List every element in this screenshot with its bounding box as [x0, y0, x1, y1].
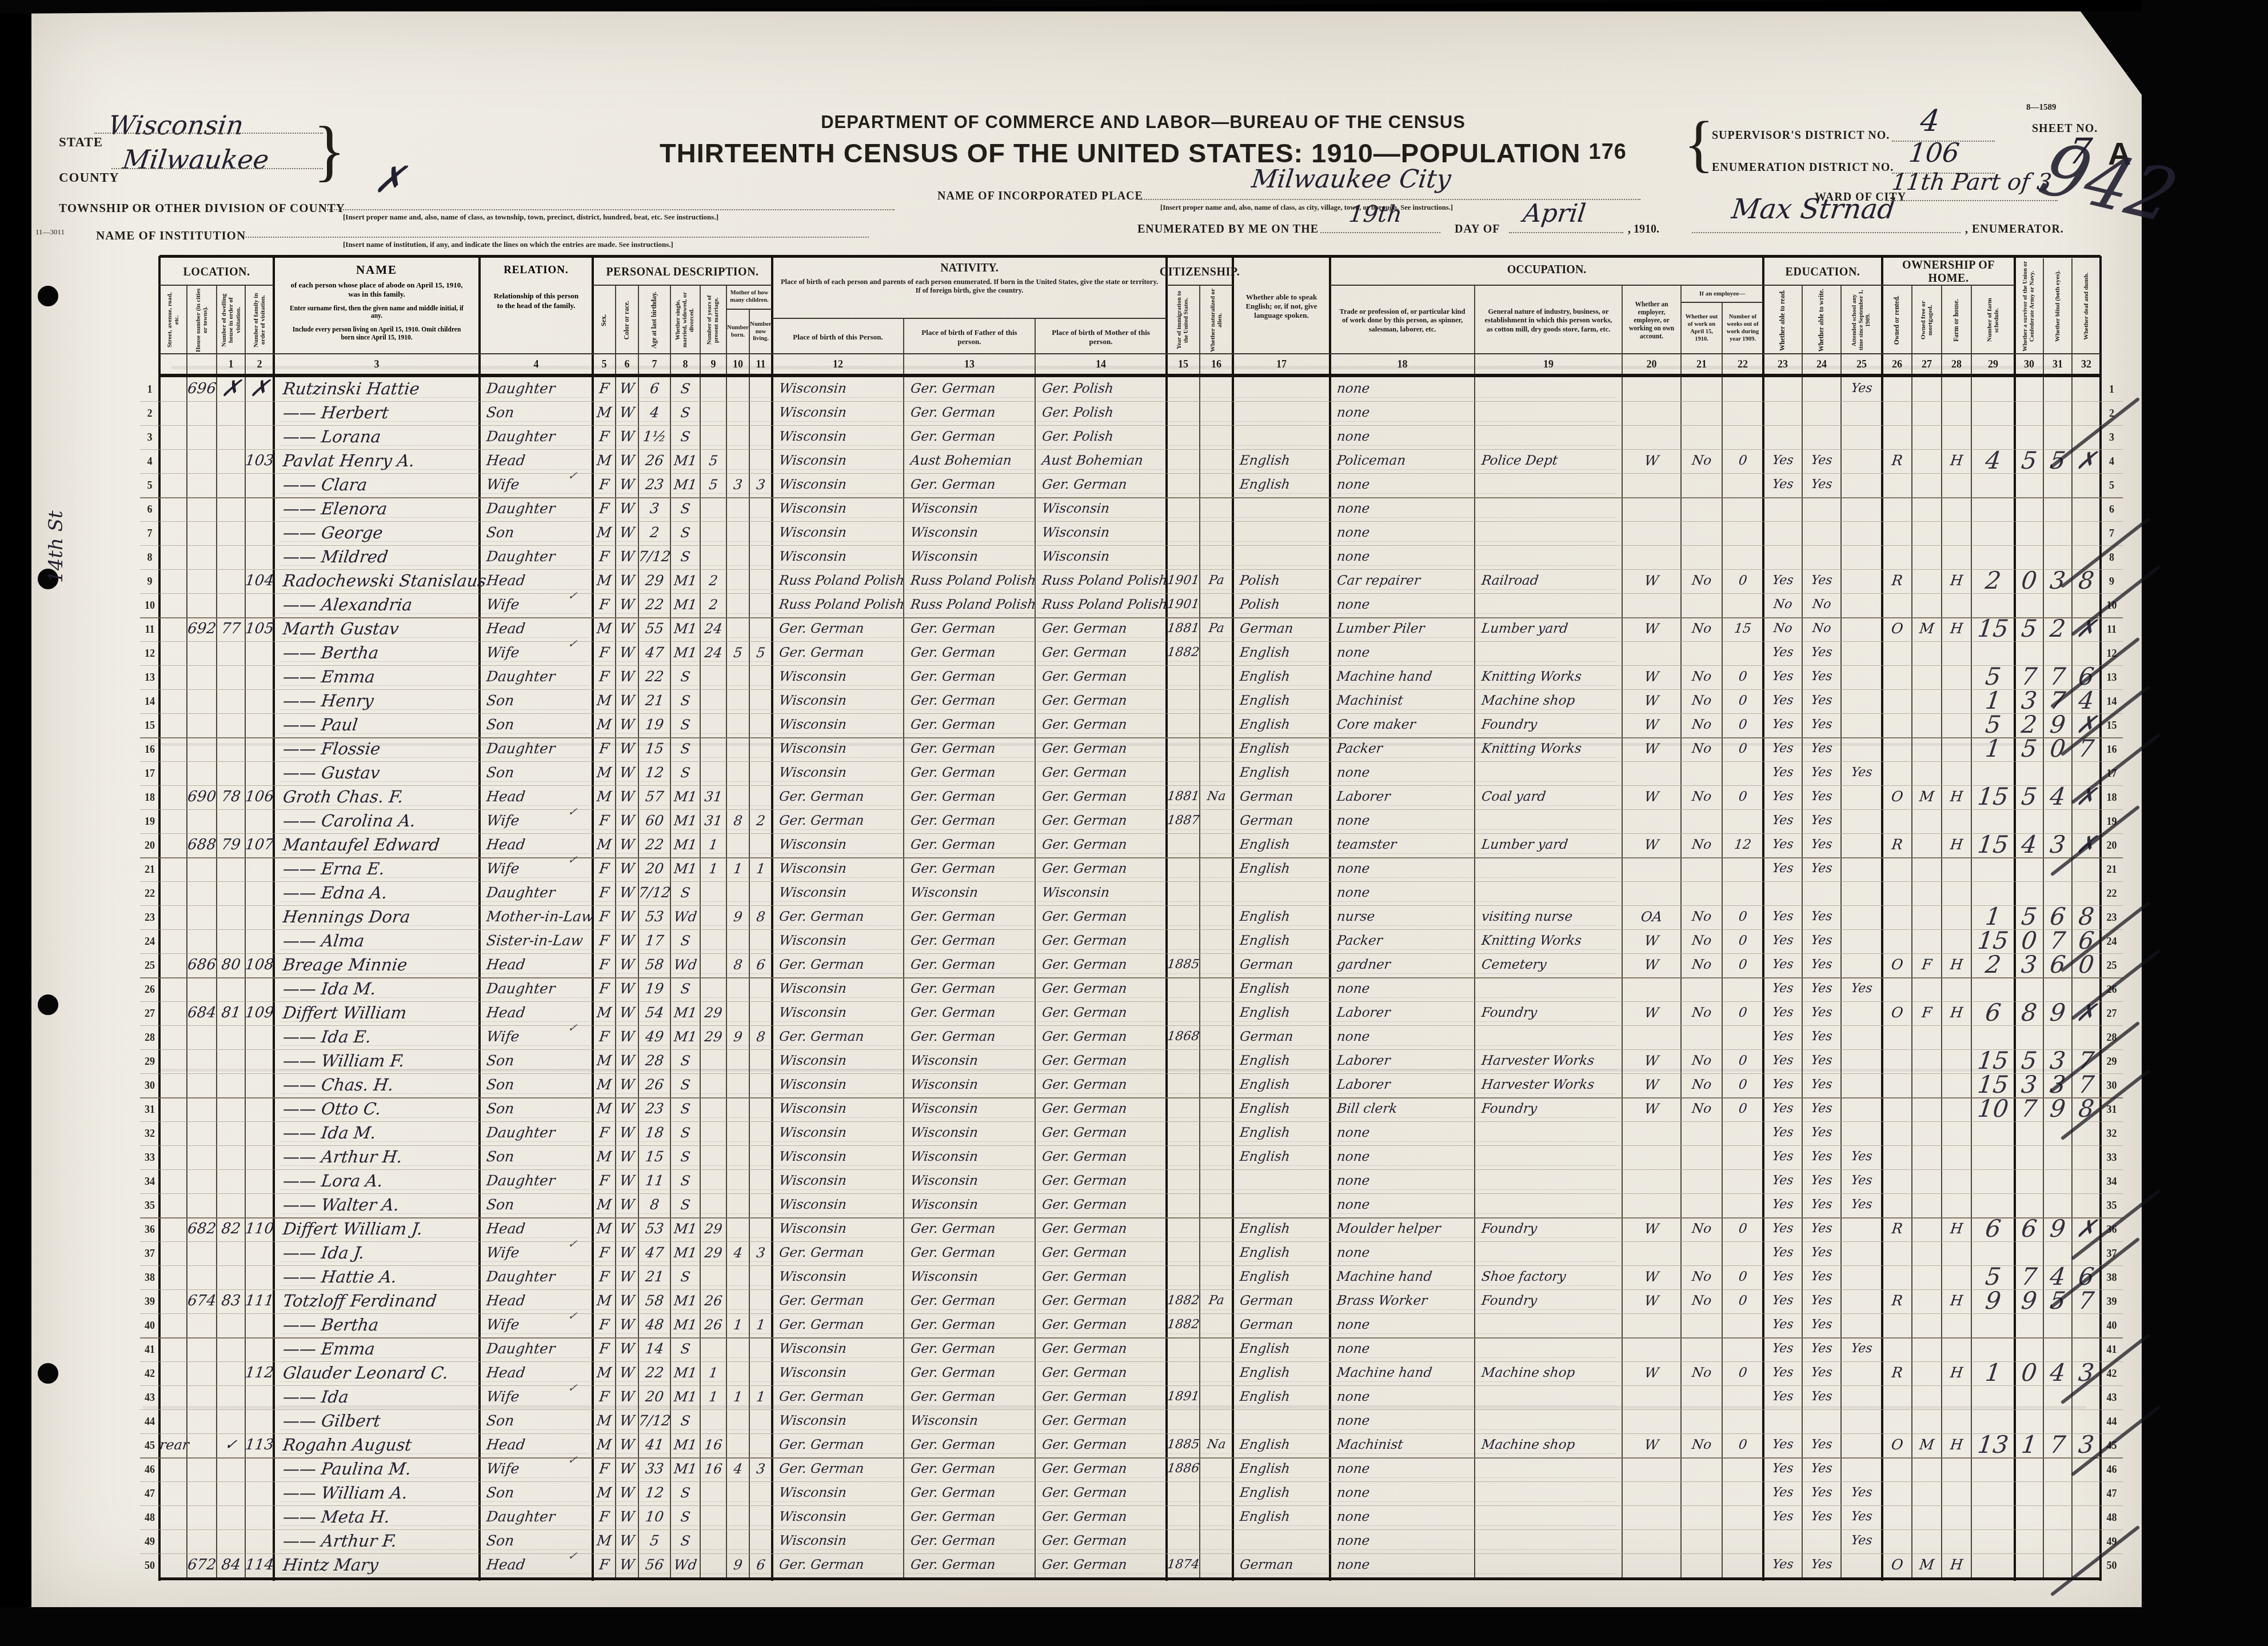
enumerator-line	[1692, 232, 1960, 233]
cell-r37-ag: 47	[637, 1240, 672, 1267]
colnum-dw: 1	[217, 354, 245, 374]
cell-r16-ow: No	[1679, 736, 1724, 762]
cell-r4-bf: Aust Bohemian	[909, 448, 1035, 474]
cell-r48-rl: Daughter	[485, 1504, 592, 1531]
cell-r9-fn: 104	[243, 568, 275, 594]
cell-r33-ms: S	[669, 1144, 702, 1170]
cell-r27-hn: 684	[185, 1000, 218, 1026]
cell-r1-bf: Ger. German	[909, 376, 1035, 402]
cell-r28-relmark: ✓	[566, 1021, 592, 1038]
cell-r12-ln: English	[1238, 640, 1329, 666]
cell-r5-sx: F	[591, 472, 617, 498]
cell-r16-wr: Yes	[1800, 736, 1843, 762]
cell-r46-bf: Ger. German	[909, 1456, 1035, 1483]
cell-r46-ln: English	[1238, 1456, 1329, 1483]
cell-r13-bm: Ger. German	[1040, 664, 1166, 690]
cell-r10-sx: F	[591, 592, 617, 618]
cell-r11-hn: 692	[185, 616, 218, 642]
colhead-text-hm: Owned free or mortgaged.	[1920, 288, 1934, 352]
cell-r9-es: W	[1620, 568, 1683, 594]
colhead-na: Whether naturalized or alien.	[1200, 286, 1233, 354]
colhead-sc: Attended school any time since September…	[1841, 286, 1882, 354]
cell-r50-hm: M	[1910, 1552, 1943, 1579]
cell-r40-ms: M1	[669, 1312, 702, 1339]
cell-r33-wr: Yes	[1800, 1144, 1843, 1170]
cell-r40-cr: W	[614, 1312, 640, 1339]
cell-r13-ind: Knitting Works	[1480, 664, 1622, 690]
cell-r9-ind: Railroad	[1480, 568, 1622, 594]
tally-r25-1: 3	[2013, 949, 2046, 981]
cell-r25-ho: O	[1880, 952, 1914, 978]
cell-r17-sc: Yes	[1839, 760, 1884, 786]
cell-r50-ms: Wd	[669, 1552, 702, 1579]
cell-r42-ow: No	[1679, 1360, 1724, 1387]
cell-r39-sx: M	[591, 1288, 617, 1315]
cell-r14-ag: 21	[637, 688, 672, 714]
state-county-brace: }	[313, 112, 346, 190]
cell-r23-bm: Ger. German	[1040, 904, 1166, 930]
cell-r10-bm: Russ Poland Polish	[1040, 592, 1166, 618]
tally-r31-0: 10	[1970, 1093, 2017, 1125]
cell-r35-bp: Wisconsin	[777, 1192, 903, 1218]
cell-r6-bm: Wisconsin	[1040, 496, 1166, 522]
cell-r49-ms: S	[669, 1528, 702, 1555]
cell-r47-cr: W	[614, 1480, 640, 1507]
year-label: , 1910.	[1628, 223, 1659, 236]
cell-r6-bp: Wisconsin	[777, 496, 903, 522]
cell-r34-bf: Wisconsin	[909, 1168, 1035, 1194]
tally-r18-1: 5	[2013, 781, 2046, 813]
cell-r20-es: W	[1620, 832, 1683, 858]
cell-r12-ag: 47	[637, 640, 672, 666]
cell-r19-ln: German	[1238, 808, 1329, 834]
cell-r12-wr: Yes	[1800, 640, 1843, 666]
cell-r45-st: rear	[158, 1432, 189, 1459]
cell-r1-oc: none	[1335, 376, 1474, 402]
cell-r14-wr: Yes	[1800, 688, 1843, 714]
cell-r20-hf: H	[1940, 832, 1973, 858]
cell-r9-oc: Car repairer	[1335, 568, 1474, 594]
border-im	[1199, 286, 1200, 1577]
border-heavy-na	[1232, 256, 1234, 1581]
cell-r33-bp: Wisconsin	[777, 1144, 903, 1170]
cell-r9-ms: M1	[669, 568, 702, 594]
cell-r42-wr: Yes	[1800, 1360, 1843, 1387]
colhead-sx: Sex.	[593, 286, 616, 354]
cell-r15-wk: 0	[1720, 712, 1765, 738]
colhead-text-wr: Whether able to write.	[1818, 289, 1826, 351]
cell-r44-rl: Son	[485, 1408, 592, 1435]
cell-r34-bm: Ger. German	[1040, 1168, 1166, 1194]
cell-r19-cb: 8	[725, 808, 751, 834]
tally-r36-1: 6	[2013, 1213, 2046, 1245]
tally-r27-1: 8	[2013, 997, 2046, 1029]
cell-r27-cr: W	[614, 1000, 640, 1026]
cell-r21-bf: Ger. German	[909, 856, 1035, 882]
cell-r37-ms: M1	[669, 1240, 702, 1267]
cell-r42-hf: H	[1940, 1360, 1973, 1387]
cell-r38-es: W	[1620, 1264, 1683, 1291]
colnum-bf: 13	[904, 354, 1035, 374]
cell-r49-oc: none	[1335, 1528, 1474, 1555]
cell-r24-bm: Ger. German	[1040, 928, 1166, 954]
cell-r46-cl: 3	[748, 1456, 774, 1483]
cell-r18-ms: M1	[669, 784, 702, 810]
cell-r11-dn: 77	[215, 616, 247, 642]
cell-r2-rl: Son	[485, 400, 592, 426]
cell-r5-oc: none	[1335, 472, 1474, 498]
cell-r30-bm: Ger. German	[1040, 1072, 1166, 1098]
cell-r48-bm: Ger. German	[1040, 1504, 1166, 1531]
tally-r42-0: 1	[1970, 1357, 2017, 1389]
colhead-text-street: Street, avenue, road, etc.	[166, 288, 181, 352]
cell-r31-ln: English	[1238, 1096, 1329, 1122]
cell-r24-ow: No	[1679, 928, 1724, 954]
cell-r14-sx: M	[591, 688, 617, 714]
cell-r42-nm: Glauder Leonard C.	[281, 1360, 481, 1387]
cell-r34-cr: W	[614, 1168, 640, 1194]
cell-r28-nm: —— Ida E.	[281, 1024, 481, 1050]
cell-r9-na: Pa	[1198, 568, 1235, 594]
cell-r25-nm: Breage Minnie	[281, 952, 481, 978]
colhead-house: House number (in cities or towns).	[187, 286, 217, 354]
cell-r30-ag: 26	[637, 1072, 672, 1098]
cell-r12-ms: M1	[669, 640, 702, 666]
cell-r28-im: 1868	[1165, 1024, 1201, 1050]
cell-r39-cr: W	[614, 1288, 640, 1315]
tally-r11-0: 15	[1970, 613, 2017, 645]
cell-r41-sx: F	[591, 1336, 617, 1363]
colnum-ind: 19	[1475, 354, 1622, 374]
cell-r18-hn: 690	[185, 784, 218, 810]
cell-r19-nm: —— Carolina A.	[281, 808, 481, 834]
cell-r25-sx: F	[591, 952, 617, 978]
cell-r25-ind: Cemetery	[1480, 952, 1622, 978]
cell-r36-hn: 682	[185, 1216, 218, 1243]
tally-r9-1: 0	[2013, 565, 2046, 597]
tally-r4-1: 5	[2013, 445, 2046, 477]
colhead-text-dw: Number of dwelling house in order of vis…	[221, 288, 242, 352]
cell-r25-ln: German	[1238, 952, 1329, 978]
cell-r47-rd: Yes	[1762, 1480, 1804, 1507]
cell-r31-rd: Yes	[1762, 1096, 1804, 1122]
cell-r37-bp: Ger. German	[777, 1240, 903, 1267]
township-label: TOWNSHIP OR OTHER DIVISION OF COUNTY	[59, 201, 345, 215]
rownum-left-45: 45	[140, 1433, 159, 1457]
cell-r32-ag: 18	[637, 1120, 672, 1146]
cell-r25-oc: gardner	[1335, 952, 1474, 978]
cell-r18-dn: 78	[215, 784, 247, 810]
cell-r11-ow: No	[1679, 616, 1724, 642]
cell-r30-sx: M	[591, 1072, 617, 1098]
rownum-left-39: 39	[140, 1289, 159, 1313]
cell-r46-ms: M1	[669, 1456, 702, 1483]
cell-r48-nm: —— Meta H.	[281, 1504, 481, 1531]
rownum-left-50: 50	[140, 1553, 159, 1577]
cell-r48-bp: Wisconsin	[777, 1504, 903, 1531]
cell-r50-ln: German	[1238, 1552, 1329, 1579]
cell-r20-fn: 107	[243, 832, 275, 858]
rownum-right-1: 1	[2101, 377, 2123, 401]
cell-r26-wr: Yes	[1800, 976, 1843, 1002]
cell-r38-oc: Machine hand	[1335, 1264, 1474, 1291]
cell-r38-ow: No	[1679, 1264, 1724, 1291]
cell-r39-ho: R	[1880, 1288, 1914, 1315]
cell-r3-bp: Wisconsin	[777, 424, 903, 450]
cell-r49-bp: Wisconsin	[777, 1528, 903, 1555]
cell-r50-sx: F	[591, 1552, 617, 1579]
colnum-fam: 2	[245, 354, 274, 374]
cell-r18-sx: M	[591, 784, 617, 810]
tally-r27-2: 9	[2042, 997, 2074, 1029]
cell-r4-nm: Pavlat Henry A.	[281, 448, 481, 474]
tally-r36-0: 6	[1970, 1213, 2017, 1245]
cell-r23-cr: W	[614, 904, 640, 930]
cell-r3-nm: —— Lorana	[281, 424, 481, 450]
cell-r35-wr: Yes	[1800, 1192, 1843, 1218]
cell-r21-wr: Yes	[1800, 856, 1843, 882]
cell-r3-cr: W	[614, 424, 640, 450]
tally-r27-3: ✗	[2070, 997, 2103, 1029]
cell-r4-ind: Police Dept	[1480, 448, 1622, 474]
cell-r1-ms: S	[669, 376, 702, 402]
cell-r15-ms: S	[669, 712, 702, 738]
cell-r6-ag: 3	[637, 496, 672, 522]
month-line	[1509, 232, 1623, 233]
cell-r18-ln: German	[1238, 784, 1329, 810]
cell-r28-wr: Yes	[1800, 1024, 1843, 1050]
cell-r27-wk: 0	[1720, 1000, 1765, 1026]
cell-r15-oc: Core maker	[1335, 712, 1474, 738]
cell-r11-hf: H	[1940, 616, 1973, 642]
cell-r12-nm: —— Bertha	[281, 640, 481, 666]
cell-r1-bp: Wisconsin	[777, 376, 903, 402]
cell-r36-nm: Differt William J.	[281, 1216, 481, 1243]
colhead-text-df: Whether deaf and dumb.	[2083, 273, 2090, 340]
cell-r45-wr: Yes	[1800, 1432, 1843, 1459]
rownum-left-6: 6	[140, 497, 159, 521]
cell-r40-ln: German	[1238, 1312, 1329, 1339]
place-note: [Insert proper name and, also, name of c…	[1160, 203, 1453, 212]
cell-r43-relmark: ✓	[566, 1381, 592, 1398]
cell-r50-cr: W	[614, 1552, 640, 1579]
cell-r1-ag: 6	[637, 376, 672, 402]
cell-r40-cl: 1	[748, 1312, 774, 1339]
cell-r27-wr: Yes	[1800, 1000, 1843, 1026]
table-top-rule	[159, 255, 2101, 258]
cell-r5-ms: M1	[669, 472, 702, 498]
tally-r45-0: 13	[1970, 1429, 2017, 1461]
cell-r25-wr: Yes	[1800, 952, 1843, 978]
cell-r17-nm: —— Gustav	[281, 760, 481, 786]
cell-r31-bf: Wisconsin	[909, 1096, 1035, 1122]
cell-r9-bf: Russ Poland Polish	[909, 568, 1035, 594]
cell-r7-ms: S	[669, 520, 702, 546]
cell-r38-ln: English	[1238, 1264, 1329, 1291]
rownum-right-33: 33	[2101, 1145, 2123, 1169]
township-line	[323, 209, 895, 210]
rownum-left-32: 32	[140, 1121, 159, 1145]
rownum-left-33: 33	[140, 1145, 159, 1169]
rownum-left-22: 22	[140, 881, 159, 905]
cell-r41-ms: S	[669, 1336, 702, 1363]
cell-r46-bm: Ger. German	[1040, 1456, 1166, 1483]
cell-r8-ag: 7/12	[637, 544, 672, 570]
colhead-ind: General nature of industry, business, or…	[1475, 287, 1622, 354]
cell-r11-ho: O	[1880, 616, 1914, 642]
cell-r13-oc: Machine hand	[1335, 664, 1474, 690]
cell-r34-rd: Yes	[1762, 1168, 1804, 1194]
rownum-left-41: 41	[140, 1337, 159, 1361]
group-citizenship: CITIZENSHIP.	[1167, 258, 1233, 286]
border-heavy-bm	[1165, 256, 1168, 1581]
cell-r37-nm: —— Ida J.	[281, 1240, 481, 1267]
rownum-left-37: 37	[140, 1241, 159, 1265]
cell-r42-bm: Ger. German	[1040, 1360, 1166, 1387]
cell-r19-bp: Ger. German	[777, 808, 903, 834]
cell-r30-ms: S	[669, 1072, 702, 1098]
cell-r20-cr: W	[614, 832, 640, 858]
cell-r7-bf: Wisconsin	[909, 520, 1035, 546]
cell-r31-cr: W	[614, 1096, 640, 1122]
cell-r15-bm: Ger. German	[1040, 712, 1166, 738]
cell-r8-rl: Daughter	[485, 544, 592, 570]
cell-r47-bf: Ger. German	[909, 1480, 1035, 1507]
cell-r12-im: 1882	[1165, 640, 1201, 666]
tally-r45-2: 7	[2042, 1429, 2074, 1461]
cell-r2-ms: S	[669, 400, 702, 426]
cell-r30-es: W	[1620, 1072, 1683, 1098]
cell-r5-nm: —— Clara	[281, 472, 481, 498]
colhead-text-ho: Owned or rented.	[1894, 295, 1901, 345]
cell-r14-nm: —— Henry	[281, 688, 481, 714]
cell-r33-bf: Wisconsin	[909, 1144, 1035, 1170]
tally-r20-1: 4	[2013, 829, 2046, 861]
rownum-left-31: 31	[140, 1097, 159, 1121]
cell-r14-ln: English	[1238, 688, 1329, 714]
cell-r44-sx: M	[591, 1408, 617, 1435]
colnum-cl: 11	[749, 354, 772, 374]
cell-r45-wk: 0	[1720, 1432, 1765, 1459]
cell-r26-sc: Yes	[1839, 976, 1884, 1002]
cell-r49-cr: W	[614, 1528, 640, 1555]
cell-r22-oc: none	[1335, 880, 1474, 906]
cell-r33-rl: Son	[485, 1144, 592, 1170]
cell-r25-hf: H	[1940, 952, 1973, 978]
nativity-note: Place of birth of each person and parent…	[780, 278, 1159, 317]
colhead-wk: Number of weeks out of work during year …	[1722, 303, 1763, 354]
cell-r13-sx: F	[591, 664, 617, 690]
cell-r1-bm: Ger. Polish	[1040, 376, 1166, 402]
institution-label: NAME OF INSTITUTION	[96, 229, 246, 243]
cell-r25-im: 1885	[1165, 952, 1201, 978]
colhead-wr: Whether able to write.	[1802, 286, 1841, 354]
cell-r45-ln: English	[1238, 1432, 1329, 1459]
cell-r45-ind: Machine shop	[1480, 1432, 1622, 1459]
cell-r21-bm: Ger. German	[1040, 856, 1166, 882]
rownum-left-10: 10	[140, 593, 159, 617]
cell-r3-oc: none	[1335, 424, 1474, 450]
rownum-left-47: 47	[140, 1481, 159, 1505]
cell-r15-rd: Yes	[1762, 712, 1804, 738]
cell-r1-fn: ✗	[243, 376, 275, 402]
colnum-im: 15	[1167, 354, 1200, 374]
cell-r3-bm: Ger. Polish	[1040, 424, 1166, 450]
cell-r24-ind: Knitting Works	[1480, 928, 1622, 954]
cell-r27-bf: Ger. German	[909, 1000, 1035, 1026]
cell-r50-bm: Ger. German	[1040, 1552, 1166, 1579]
cell-r38-bf: Wisconsin	[909, 1264, 1035, 1291]
rownum-right-44: 44	[2101, 1409, 2123, 1433]
cell-r5-cl: 3	[748, 472, 774, 498]
cell-r16-rd: Yes	[1762, 736, 1804, 762]
cell-r39-dn: 83	[215, 1288, 247, 1315]
cell-r12-sx: F	[591, 640, 617, 666]
cell-r7-sx: M	[591, 520, 617, 546]
cell-r17-ln: English	[1238, 760, 1329, 786]
cell-r17-cr: W	[614, 760, 640, 786]
rownum-right-16: 16	[2101, 737, 2123, 761]
cell-r31-ag: 23	[637, 1096, 672, 1122]
cell-r44-nm: —— Gilbert	[281, 1408, 481, 1435]
cell-r4-rd: Yes	[1762, 448, 1804, 474]
colhead-name-text: NAME of each person whose place of abode…	[274, 263, 480, 342]
colhead-text-rd: Whether able to read.	[1779, 290, 1787, 351]
cell-r48-sc: Yes	[1839, 1504, 1884, 1531]
cell-r13-cr: W	[614, 664, 640, 690]
cell-r31-ind: Foundry	[1480, 1096, 1622, 1122]
cell-r19-sx: F	[591, 808, 617, 834]
cell-r15-es: W	[1620, 712, 1683, 738]
rownum-right-3: 3	[2101, 425, 2123, 449]
cell-r39-bf: Ger. German	[909, 1288, 1035, 1315]
cell-r31-ms: S	[669, 1096, 702, 1122]
rownum-left-9: 9	[140, 569, 159, 593]
cell-r38-rl: Daughter	[485, 1264, 592, 1291]
cell-r5-bm: Ger. German	[1040, 472, 1166, 498]
cell-r2-bf: Ger. German	[909, 400, 1035, 426]
cell-r50-hn: 672	[185, 1552, 218, 1579]
cell-r25-fn: 108	[243, 952, 275, 978]
cell-r9-wk: 0	[1720, 568, 1765, 594]
cell-r37-ym: 29	[698, 1240, 728, 1267]
cell-r9-rd: Yes	[1762, 568, 1804, 594]
cell-r38-bm: Ger. German	[1040, 1264, 1166, 1291]
tally-r31-1: 7	[2013, 1093, 2046, 1125]
cell-r30-wk: 0	[1720, 1072, 1765, 1098]
group-nativity: NATIVITY.	[772, 258, 1167, 278]
cell-r30-rd: Yes	[1762, 1072, 1804, 1098]
cell-r13-wk: 0	[1720, 664, 1765, 690]
cell-r50-bp: Ger. German	[777, 1552, 903, 1579]
cell-r30-rl: Son	[485, 1072, 592, 1098]
rownum-left-1: 1	[140, 377, 159, 401]
cell-r22-bf: Wisconsin	[909, 880, 1035, 906]
cell-r21-relmark: ✓	[566, 853, 592, 870]
colnum-name: 3	[274, 354, 480, 374]
rownum-right-21: 21	[2101, 857, 2123, 881]
cell-r44-bm: Ger. German	[1040, 1408, 1166, 1435]
colnum-df: 32	[2072, 354, 2101, 374]
cell-r14-rl: Son	[485, 688, 592, 714]
cell-r22-bp: Wisconsin	[777, 880, 903, 906]
cell-r21-ms: M1	[669, 856, 702, 882]
cell-r26-sx: F	[591, 976, 617, 1002]
cell-r16-bm: Ger. German	[1040, 736, 1166, 762]
tally-r25-0: 2	[1970, 949, 2017, 981]
cell-r7-bp: Wisconsin	[777, 520, 903, 546]
colhead-cl: Number now living.	[749, 310, 772, 354]
